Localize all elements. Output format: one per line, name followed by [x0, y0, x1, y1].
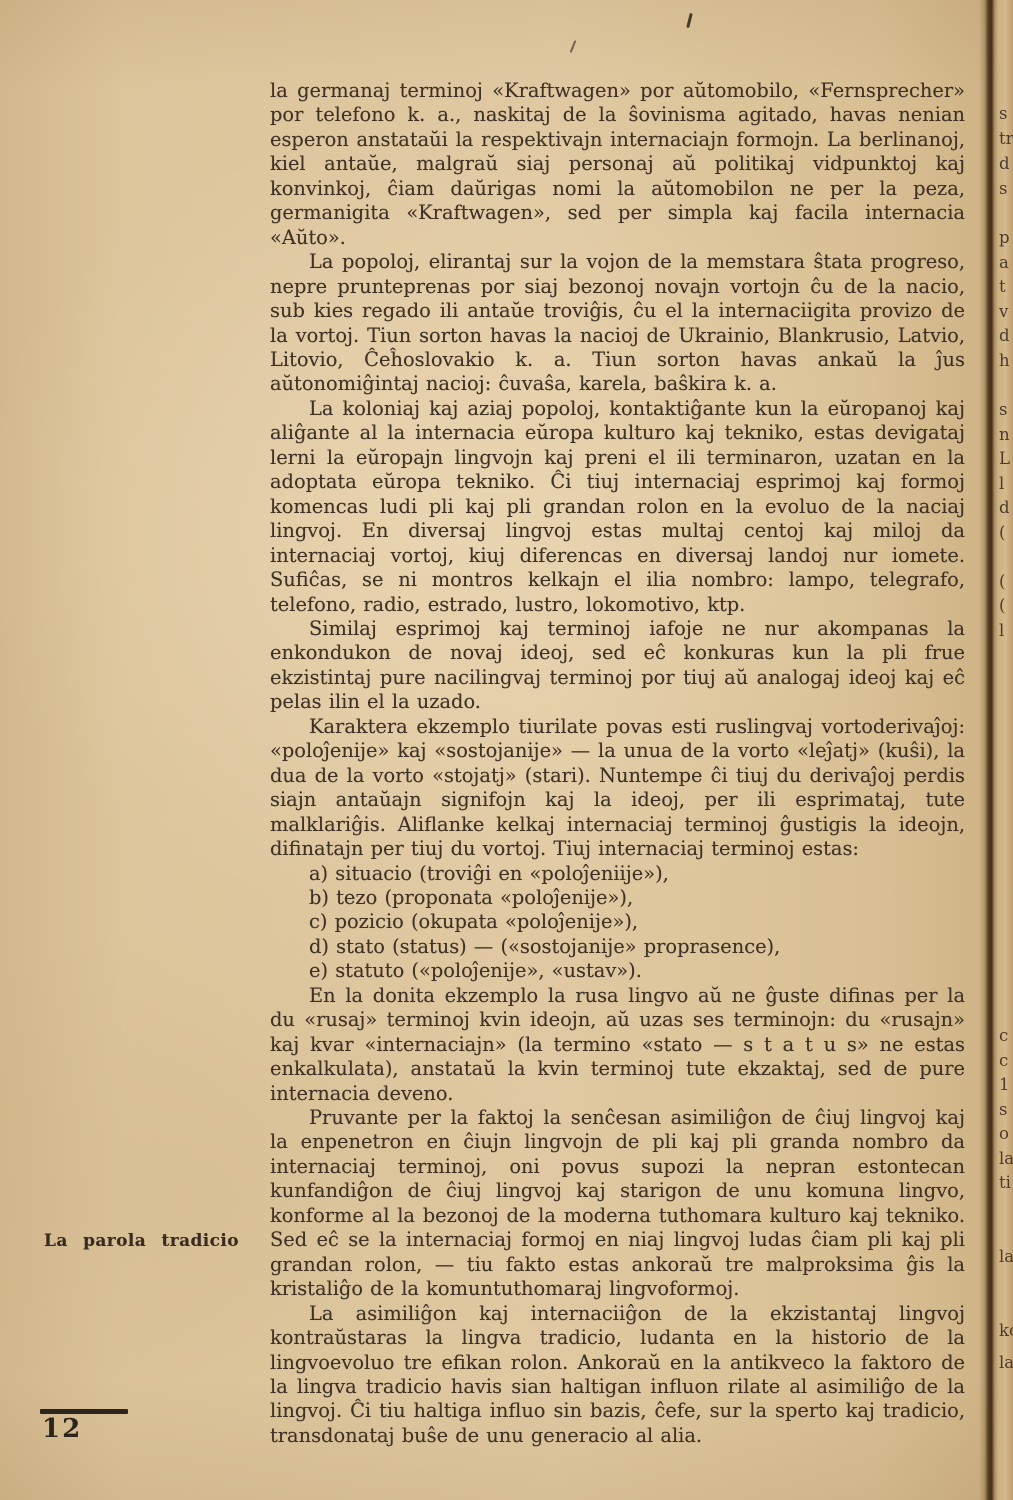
- next-page-text-fragment: c: [999, 1028, 1008, 1045]
- paragraph: La koloniaj kaj aziaj popoloj, kontaktiĝ…: [270, 397, 965, 617]
- term-list: a) situacio (troviĝi en «poloĵeniije»), …: [309, 862, 965, 984]
- paragraph: La popoloj, elirantaj sur la vojon de la…: [270, 250, 965, 397]
- next-page-text-fragment: h: [999, 353, 1010, 370]
- next-page-text-fragment: o: [999, 1126, 1009, 1143]
- ink-mark: [686, 13, 693, 28]
- margin-note: La parola tradicio: [44, 1231, 254, 1251]
- next-page-text-fragment: s: [999, 106, 1007, 123]
- next-page-text-fragment: a: [999, 255, 1009, 272]
- next-page-text-fragment: L: [999, 451, 1010, 468]
- next-page-text-fragment: (: [999, 525, 1005, 542]
- book-gutter: strdspatvdhsnLld(((lcc1solatilakola: [979, 0, 1013, 1500]
- next-page-text-fragment: p: [999, 230, 1010, 247]
- next-page-text-fragment: d: [999, 500, 1010, 517]
- next-page-text-fragment: (: [999, 574, 1005, 591]
- next-page-text-fragment: l: [999, 476, 1004, 493]
- next-page-text-fragment: d: [999, 328, 1010, 345]
- book-page: la germanaj terminoj «Kraftwagen» por aŭ…: [0, 0, 1013, 1500]
- next-page-text-fragment: t: [999, 279, 1006, 296]
- next-page-text-fragment: la: [999, 1249, 1013, 1266]
- next-page-text-fragment: la: [999, 1355, 1013, 1372]
- list-item: d) stato (status) — («sostojanije» propr…: [309, 935, 965, 959]
- paragraph: Karaktera ekzemplo tiurilate povas esti …: [270, 715, 965, 862]
- next-page-text-fragment: (: [999, 598, 1005, 615]
- next-page-text-fragment: ko: [999, 1323, 1013, 1340]
- list-item: a) situacio (troviĝi en «poloĵeniije»),: [309, 862, 965, 886]
- next-page-text-fragment: tr: [999, 131, 1013, 148]
- next-page-edge: strdspatvdhsnLld(((lcc1solatilakola: [991, 0, 1013, 1500]
- paragraph: la germanaj terminoj «Kraftwagen» por aŭ…: [270, 79, 965, 250]
- paragraph: Similaj esprimoj kaj terminoj iafoje ne …: [270, 617, 965, 715]
- page-number: 12: [42, 1414, 82, 1444]
- list-item: c) pozicio (okupata «poloĵenije»),: [309, 910, 965, 934]
- next-page-text-fragment: v: [999, 304, 1008, 321]
- next-page-text-fragment: n: [999, 427, 1010, 444]
- next-page-text-fragment: s: [999, 1102, 1007, 1119]
- next-page-text-fragment: s: [999, 402, 1007, 419]
- paragraph: La asimiliĝon kaj internaciiĝon de la ek…: [270, 1302, 965, 1449]
- ink-mark: [570, 40, 577, 53]
- next-page-text-fragment: 1: [999, 1077, 1010, 1094]
- next-page-text-fragment: c: [999, 1053, 1008, 1070]
- list-item: b) tezo (proponata «poloĵenije»),: [309, 886, 965, 910]
- list-item: e) statuto («poloĵenije», «ustav»).: [309, 959, 965, 983]
- next-page-text-fragment: s: [999, 181, 1007, 198]
- next-page-text-fragment: l: [999, 623, 1004, 640]
- next-page-text-fragment: d: [999, 156, 1010, 173]
- next-page-text-fragment: ti: [999, 1175, 1011, 1192]
- paragraph: Pruvante per la faktoj la senĉesan asimi…: [270, 1106, 965, 1302]
- next-page-text-fragment: la: [999, 1151, 1013, 1168]
- paragraph: En la donita ekzemplo la rusa lingvo aŭ …: [270, 984, 965, 1106]
- body-text-column: la germanaj terminoj «Kraftwagen» por aŭ…: [270, 79, 965, 1448]
